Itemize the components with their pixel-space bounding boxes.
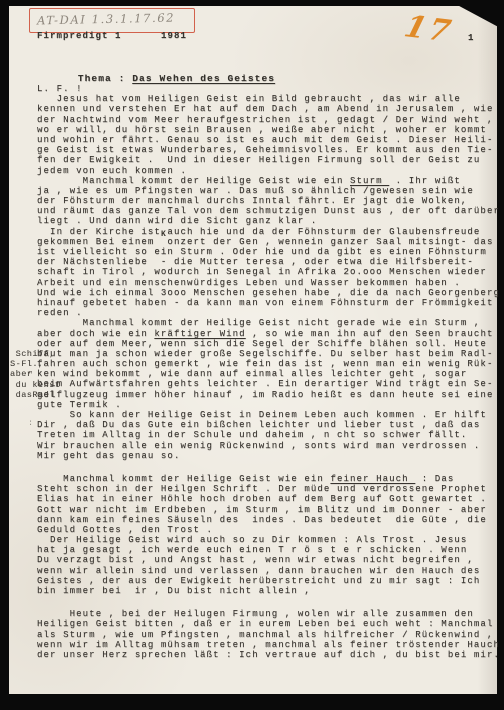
text-line: Mir geht das genau so. <box>37 451 498 461</box>
text-line: wo er will, du hörst sein Brausen , weiß… <box>37 125 498 135</box>
text-line: Wir brauchen alle ein wenig Rückenwind ,… <box>37 441 498 451</box>
text-line: Manchmal kommt der Heilige Geist wie ein… <box>37 176 498 186</box>
text-line: dann kam ein feines Säuseln des indes . … <box>37 515 498 525</box>
text-line: ist vielleicht so ein Sturm . Oder hie u… <box>37 247 498 257</box>
text-line: der unser Herz sprechen läßt : Ich vertr… <box>37 650 498 660</box>
margin-note-line: S-Fl., <box>10 359 60 369</box>
text-line: Du verzagt bist , und Angst hast , wenn … <box>37 555 498 565</box>
margin-note-line: dasRadl <box>10 390 60 400</box>
text-line: Treten im Alltag in der Schule und dahei… <box>37 430 498 440</box>
text-line: ken wind bekommt , wie dann auf einmal a… <box>37 369 498 379</box>
text-line: Geduld Gottes , den Trost . <box>37 525 498 535</box>
text-line: L. F. ! <box>37 84 498 94</box>
text-line: Elias hat in einer Höhle hoch droben auf… <box>37 494 498 504</box>
archive-number: AT-DAI 1.3.1.17.62 <box>37 11 175 28</box>
text-line: So kann der Heilige Geist in Deinem Lebe… <box>37 410 498 420</box>
text-line: gekommen Bei einem onzert der Gen , wenn… <box>37 237 498 247</box>
text-line: der Nächstenliebe - die Mutter teresa , … <box>37 257 498 267</box>
text-line: Gott war nicht im Erdbeben , im Sturm , … <box>37 505 498 515</box>
text-line: Arbeit und ein menschenwürdiges Leben un… <box>37 278 498 288</box>
margin-note-line: Schiff, <box>10 349 60 359</box>
text-line: Heute , bei der Heilugen Firmung , wolen… <box>37 609 498 619</box>
doc-type: Firmpredigt <box>37 31 109 41</box>
text-line: Jesus hat vom Heiligen Geist ein Bild ge… <box>37 94 498 104</box>
doc-year: 1981 <box>161 31 187 41</box>
inserted-letter-annotation: K <box>161 230 166 239</box>
text-line: als Sturm , wie um Pfingsten , manchmal … <box>37 630 498 640</box>
page-number: 1 <box>468 33 475 43</box>
handwritten-number: 17 <box>401 10 458 50</box>
paragraph-gap <box>37 461 498 474</box>
text-line: hinauf gebetet haben - da kann man von e… <box>37 298 498 308</box>
text-line: wenn wir allein sind und verlassen , dan… <box>37 566 498 576</box>
text-line: schaft in Tirol , wodurch in Senegal in … <box>37 267 498 277</box>
doc-title-text: Das Wehen des Geistes <box>132 73 275 84</box>
margin-note-line: aber <box>10 369 60 379</box>
text-line: ja , wie es um Pfingsten war . Das muß s… <box>37 186 498 196</box>
text-line: kennen und verstehen Er hat auf dem Dach… <box>37 104 498 114</box>
text-line: bin immer bei ir , Du bist nicht allein … <box>37 586 498 596</box>
text-line: liegt . Und dann wird die Sicht ganz kla… <box>37 216 498 226</box>
text-line: reden . <box>37 308 498 318</box>
text-line: hat ja gesagt , ich werde euch einen T r… <box>37 545 498 555</box>
doc-title-label: Thema : <box>78 73 132 84</box>
text-line: fahren auch schon gemerkt , wie fein das… <box>37 359 498 369</box>
margin-note-line: du kenst <box>10 380 60 390</box>
text-line: Manchmal kommt der Heilige Geist nicht g… <box>37 318 498 328</box>
text-line: gelflugzeug immer höher hinauf , im Radi… <box>37 390 498 400</box>
text-line: ge Geist ist etwas Wunderbares, Geheimni… <box>37 145 498 155</box>
text-line: gute Termik . <box>37 400 498 410</box>
text-line: aber doch wie ein kräftiger Wind , so wi… <box>37 329 498 339</box>
text-line: Geistes , der aus der Ewigkeit herüberst… <box>37 576 498 586</box>
text-line: In der Kirche ist auch hie und da der Fö… <box>37 227 498 237</box>
text-line: Dir , daß Du das Gute ein bißchen leicht… <box>37 420 498 430</box>
stray-mark: " <box>28 370 33 380</box>
paragraph-gap <box>37 596 498 609</box>
body-text: L. F. ! Jesus hat vom Heiligen Geist ein… <box>37 84 498 660</box>
text-line: fen der Ewigkeit . Und in dieser Heilige… <box>37 155 498 165</box>
text-line: der Föhsturm der manchmal durchs Inntal … <box>37 196 498 206</box>
text-line: Steht schon in der Heilgen Schrift . Der… <box>37 484 498 494</box>
text-line: jedem von euch kommen . <box>37 166 498 176</box>
text-line: baut man ja schon wieder große Segelschi… <box>37 349 498 359</box>
text-line: Manchmal kommt der Heilige Geist wie ein… <box>37 474 498 484</box>
doc-number: 1 <box>115 31 122 41</box>
text-line: Heiligen Geist bitten , daß er in eurem … <box>37 619 498 629</box>
text-line: beim Aufwärtsfahren gehts leichter . Ein… <box>37 379 498 389</box>
text-line: oder auf dem Meer, wenn sich die Segel d… <box>37 339 498 349</box>
text-line: Der Heilige Geist wird auch so zu Dir ko… <box>37 535 498 545</box>
stray-mark: : <box>28 418 33 428</box>
scan-frame: AT-DAI 1.3.1.17.62 Firmpredigt 1 1981 1 … <box>0 0 504 710</box>
text-line: und wohin er fährt. Genau so ist es auch… <box>37 135 498 145</box>
text-line: und räumt das ganze Tal von dem schmutzi… <box>37 206 498 216</box>
text-line: der Nachtwind vom Meer heraufgestrichen … <box>37 115 498 125</box>
page: AT-DAI 1.3.1.17.62 Firmpredigt 1 1981 1 … <box>9 6 497 694</box>
margin-note: Schiff,S-Fl.,aber du kenst dasRadl <box>10 349 60 400</box>
text-line: wenn wir im Alltag mühsam treten , manch… <box>37 640 498 650</box>
text-line: Und wie ich einmal 3ooo Menschen gesehen… <box>37 288 498 298</box>
